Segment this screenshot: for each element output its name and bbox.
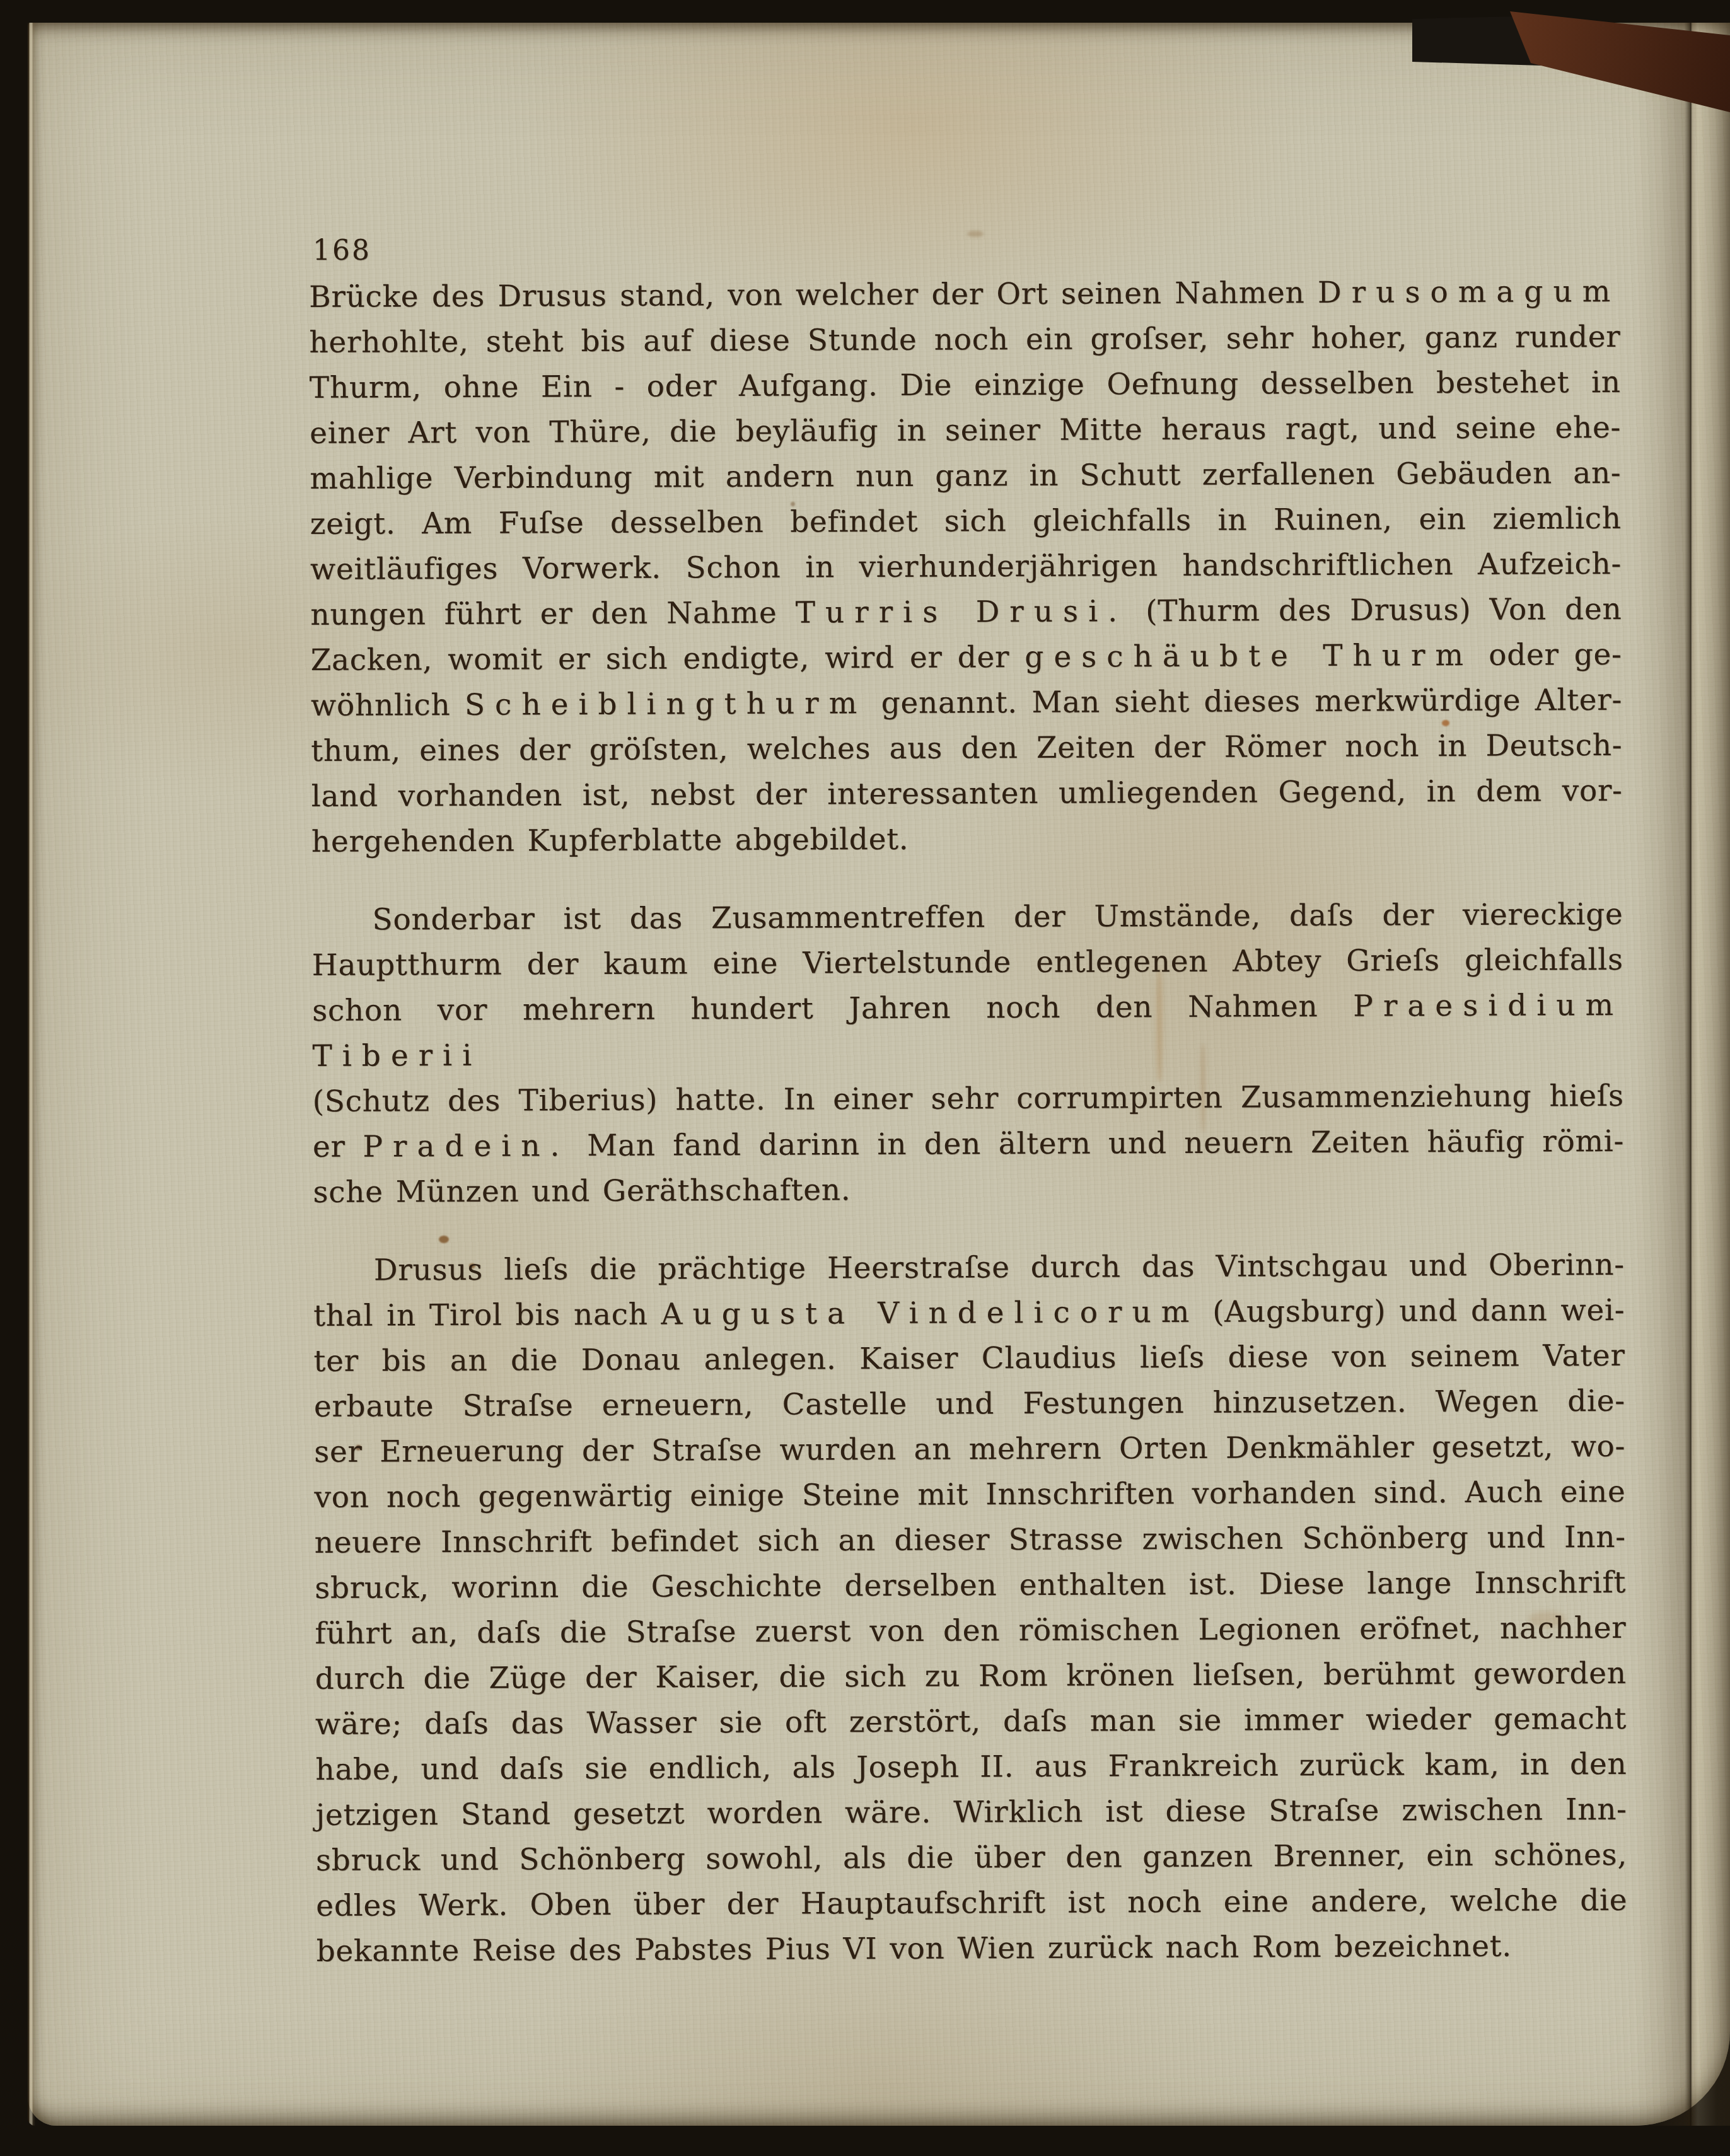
text-line: Thurm, ohne Ein - oder Aufgang. Die einz… xyxy=(310,360,1621,411)
paragraph: Brücke des Drusus stand, von welcher der… xyxy=(309,269,1623,865)
text-segment: habe, und daſs sie endlich, als Joseph I… xyxy=(315,1747,1627,1787)
text-line: herhohlte, steht bis auf diese Stunde no… xyxy=(309,315,1620,366)
text-line: Hauptthurm der kaum eine Viertelstunde e… xyxy=(312,937,1623,988)
text-segment: von noch gegenwärtig einige Steine mit I… xyxy=(314,1475,1625,1515)
text-segment: mahlige Verbindung mit andern nun ganz i… xyxy=(310,456,1621,496)
page-gutter xyxy=(1635,23,1730,2126)
text-segment: nungen führt er den Nahme xyxy=(310,596,795,632)
letterspaced-text: geschäubte Thurm xyxy=(1025,638,1473,675)
text-line: sche Münzen und Geräthschaften. xyxy=(313,1164,1624,1215)
letterspaced-text: Scheiblingthurm xyxy=(465,686,868,722)
text-segment: (Augsburg) und dann wei- xyxy=(1199,1293,1625,1330)
paper-stain xyxy=(967,231,984,237)
text-line: von noch gegenwärtig einige Steine mit I… xyxy=(314,1469,1625,1521)
text-line: sbruck, worinn die Geschichte derselben … xyxy=(315,1560,1626,1611)
letterspaced-text: Drusomagum xyxy=(1318,274,1620,310)
text-line: habe, und daſs sie endlich, als Joseph I… xyxy=(315,1742,1627,1793)
book-photo: 168 Brücke des Drusus stand, von welcher… xyxy=(0,0,1730,2156)
text-line: wäre; daſs das Wasser sie oft zerstört, … xyxy=(315,1696,1627,1747)
text-segment: land vorhanden ist, nebst der interessan… xyxy=(311,774,1622,814)
text-segment: herhohlte, steht bis auf diese Stunde no… xyxy=(309,320,1620,360)
text-line: nungen führt er den Nahme Turris Drusi. … xyxy=(310,587,1622,638)
text-line: edles Werk. Oben über der Hauptaufschrif… xyxy=(316,1878,1627,1929)
page-text: Brücke des Drusus stand, von welcher der… xyxy=(309,269,1628,1974)
text-segment: Thurm, ohne Ein - oder Aufgang. Die einz… xyxy=(310,365,1621,405)
text-segment: Brücke des Drusus stand, von welcher der… xyxy=(309,275,1318,315)
text-segment: schon vor mehrern hundert Jahren noch de… xyxy=(312,989,1353,1028)
text-line: Zacken, womit er sich endigte, wird er d… xyxy=(311,632,1622,683)
text-line: einer Art von Thüre, die beyläufig in se… xyxy=(310,405,1621,456)
text-segment: Drusus lieſs die prächtige Heerstraſse d… xyxy=(374,1248,1625,1288)
text-line: sbruck und Schönberg sowohl, als die übe… xyxy=(316,1833,1627,1884)
text-segment: er xyxy=(313,1130,363,1164)
text-line: Drusus lieſs die prächtige Heerstraſse d… xyxy=(313,1243,1625,1294)
letterspaced-text: Pradein. xyxy=(363,1128,569,1164)
text-segment: hergehenden Kupferblatte abgebildet. xyxy=(311,822,909,859)
book-page: 168 Brücke des Drusus stand, von welcher… xyxy=(28,23,1730,2126)
text-line: (Schutz des Tiberius) hatte. In einer se… xyxy=(313,1074,1624,1125)
text-line: ter bis an die Donau anlegen. Kaiser Cla… xyxy=(313,1333,1625,1384)
text-segment: edles Werk. Oben über der Hauptaufschrif… xyxy=(316,1883,1627,1923)
text-line: durch die Züge der Kaiser, die sich zu R… xyxy=(315,1651,1627,1702)
text-line: Sonderbar ist das Zusammentreffen der Um… xyxy=(311,892,1623,943)
text-line: mahlige Verbindung mit andern nun ganz i… xyxy=(310,451,1621,502)
text-line: land vorhanden ist, nebst der interessan… xyxy=(311,768,1622,820)
text-segment: neuere Innschrift befindet sich an diese… xyxy=(315,1520,1626,1560)
text-segment: (Thurm des Drusus) Von den xyxy=(1127,592,1622,629)
text-segment: ter bis an die Donau anlegen. Kaiser Cla… xyxy=(313,1338,1625,1379)
text-segment: sbruck und Schönberg sowohl, als die übe… xyxy=(316,1838,1627,1878)
text-line: zeigt. Am Fuſse desselben befindet sich … xyxy=(310,496,1622,547)
text-segment: erbaute Straſse erneuern, Castelle und F… xyxy=(314,1384,1625,1424)
text-segment: oder ge- xyxy=(1473,637,1622,673)
text-line: er Pradein. Man fand darinn in den älter… xyxy=(313,1119,1624,1170)
text-segment: einer Art von Thüre, die beyläufig in se… xyxy=(310,410,1621,451)
text-segment: ser Erneuerung der Straſse wurden an meh… xyxy=(314,1429,1625,1469)
text-segment: führt an, daſs die Straſse zuerst von de… xyxy=(315,1611,1626,1651)
text-line: weitläufiges Vorwerk. Schon in vierhunde… xyxy=(310,542,1622,593)
text-segment: (Schutz des Tiberius) hatte. In einer se… xyxy=(313,1079,1624,1119)
text-segment: genannt. Man sieht dieses merkwürdige Al… xyxy=(867,683,1622,721)
letterspaced-text: Augusta Vindelicorum xyxy=(661,1295,1199,1332)
text-line: thum, eines der gröſsten, welches aus de… xyxy=(311,723,1622,774)
text-segment: zeigt. Am Fuſse desselben befindet sich … xyxy=(310,501,1622,542)
text-segment: sche Münzen und Geräthschaften. xyxy=(313,1173,850,1210)
text-line: neuere Innschrift befindet sich an diese… xyxy=(315,1515,1626,1566)
text-segment: Zacken, womit er sich endigte, wird er d… xyxy=(311,640,1025,678)
page-fore-edge xyxy=(28,23,35,2126)
letterspaced-text: Turris Drusi. xyxy=(795,594,1127,630)
text-segment: weitläufiges Vorwerk. Schon in vierhunde… xyxy=(310,547,1622,587)
text-line: hergehenden Kupferblatte abgebildet. xyxy=(311,814,1623,865)
text-segment: thum, eines der gröſsten, welches aus de… xyxy=(311,728,1622,768)
text-segment: thal in Tirol bis nach xyxy=(313,1297,661,1333)
text-line: schon vor mehrern hundert Jahren noch de… xyxy=(312,983,1624,1079)
text-line: erbaute Straſse erneuern, Castelle und F… xyxy=(314,1379,1625,1430)
text-segment: wäre; daſs das Wasser sie oft zerstört, … xyxy=(315,1701,1627,1742)
text-line: bekannte Reise des Pabstes Pius VI von W… xyxy=(316,1923,1627,1974)
text-line: führt an, daſs die Straſse zuerst von de… xyxy=(315,1606,1626,1657)
text-segment: Sonderbar ist das Zusammentreffen der Um… xyxy=(372,897,1623,937)
text-segment: durch die Züge der Kaiser, die sich zu R… xyxy=(315,1656,1627,1696)
paragraph: Drusus lieſs die prächtige Heerstraſse d… xyxy=(313,1243,1628,1974)
text-segment: jetzigen Stand gesetzt worden wäre. Wirk… xyxy=(316,1792,1627,1833)
text-line: wöhnlich Scheiblingthurm genannt. Man si… xyxy=(311,678,1622,729)
text-line: thal in Tirol bis nach Augusta Vindelico… xyxy=(313,1288,1625,1339)
text-segment: Man fand darinn in den ältern und neuern… xyxy=(569,1124,1624,1163)
paragraph: Sonderbar ist das Zusammentreffen der Um… xyxy=(311,892,1624,1215)
text-segment: bekannte Reise des Pabstes Pius VI von W… xyxy=(316,1929,1512,1969)
text-segment: wöhnlich xyxy=(311,688,465,723)
text-segment: Hauptthurm der kaum eine Viertelstunde e… xyxy=(312,942,1623,983)
text-line: ser Erneuerung der Straſse wurden an meh… xyxy=(314,1424,1625,1475)
page-number: 168 xyxy=(313,235,371,267)
text-segment: sbruck, worinn die Geschichte derselben … xyxy=(315,1565,1626,1606)
text-line: Brücke des Drusus stand, von welcher der… xyxy=(309,269,1620,320)
text-line: jetzigen Stand gesetzt worden wäre. Wirk… xyxy=(316,1787,1627,1838)
